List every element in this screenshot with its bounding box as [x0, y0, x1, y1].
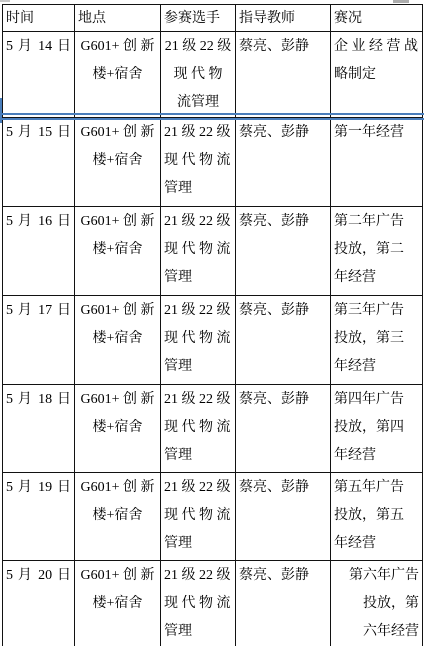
table-row: 5 月 14 日 G601+ 创 新 楼+宿舍 21 级 22 级 现 代 物 …	[3, 32, 423, 118]
header-cell-teachers: 指导教师	[236, 5, 331, 32]
document-page: 时间 地点 参赛选手 指导教师 赛况 5 月 14 日 G601+ 创 新 楼+…	[0, 0, 424, 646]
cell-status: 第五年广告 投放，第五 年经营	[331, 473, 423, 561]
cell-status: 企 业 经 营 战 略制定	[331, 32, 423, 118]
cell-players: 21 级 22 级 现 代 物 流 管理	[161, 473, 236, 561]
cell-place: G601+ 创 新 楼+宿舍	[75, 118, 161, 207]
header-cell-status: 赛况	[331, 5, 423, 32]
schedule-table: 时间 地点 参赛选手 指导教师 赛况 5 月 14 日 G601+ 创 新 楼+…	[2, 4, 423, 646]
cell-players: 21 级 22 级 现 代 物 流 管理	[161, 296, 236, 385]
table-row: 5 月 17 日 G601+ 创 新 楼+宿舍 21 级 22 级 现 代 物 …	[3, 296, 423, 385]
cell-place: G601+ 创 新 楼+宿舍	[75, 473, 161, 561]
table-row: 5 月 19 日 G601+ 创 新 楼+宿舍 21 级 22 级 现 代 物 …	[3, 473, 423, 561]
header-cell-place: 地点	[75, 5, 161, 32]
cell-time: 5 月 19 日	[3, 473, 75, 561]
cell-teachers: 蔡亮、彭静	[236, 561, 331, 646]
cell-status: 第二年广告 投放，第二 年经营	[331, 207, 423, 296]
cell-place: G601+ 创 新 楼+宿舍	[75, 561, 161, 646]
cell-time: 5 月 15 日	[3, 118, 75, 207]
cell-teachers: 蔡亮、彭静	[236, 207, 331, 296]
cell-teachers: 蔡亮、彭静	[236, 296, 331, 385]
cell-time: 5 月 18 日	[3, 385, 75, 473]
cell-players: 21 级 22 级 现 代 物 流 管理	[161, 385, 236, 473]
cell-place: G601+ 创 新 楼+宿舍	[75, 296, 161, 385]
cell-status: 第四年广告 投放，第四 年经营	[331, 385, 423, 473]
cell-players: 21 级 22 级 现 代 物 流 管理	[161, 207, 236, 296]
cell-time: 5 月 14 日	[3, 32, 75, 118]
cell-teachers: 蔡亮、彭静	[236, 32, 331, 118]
cell-place: G601+ 创 新 楼+宿舍	[75, 32, 161, 118]
top-edge-tick-right	[393, 0, 409, 3]
cell-status: 第三年广告 投放，第三 年经营	[331, 296, 423, 385]
cell-teachers: 蔡亮、彭静	[236, 385, 331, 473]
table-row: 5 月 18 日 G601+ 创 新 楼+宿舍 21 级 22 级 现 代 物 …	[3, 385, 423, 473]
cell-players: 21 级 22 级 现 代 物 流管理	[161, 32, 236, 118]
cell-teachers: 蔡亮、彭静	[236, 118, 331, 207]
header-cell-time: 时间	[3, 5, 75, 32]
table-row: 5 月 20 日 G601+ 创 新 楼+宿舍 21 级 22 级 现 代 物 …	[3, 561, 423, 646]
table-row: 5 月 15 日 G601+ 创 新 楼+宿舍 21 级 22 级 现 代 物 …	[3, 118, 423, 207]
cell-status: 第一年经营	[331, 118, 423, 207]
cell-players: 21 级 22 级 现 代 物 流 管理	[161, 561, 236, 646]
cell-time: 5 月 16 日	[3, 207, 75, 296]
cell-time: 5 月 17 日	[3, 296, 75, 385]
cell-teachers: 蔡亮、彭静	[236, 473, 331, 561]
cell-players: 21 级 22 级 现 代 物 流 管理	[161, 118, 236, 207]
cell-place: G601+ 创 新 楼+宿舍	[75, 207, 161, 296]
cell-place: G601+ 创 新 楼+宿舍	[75, 385, 161, 473]
cell-time: 5 月 20 日	[3, 561, 75, 646]
header-row: 时间 地点 参赛选手 指导教师 赛况	[3, 5, 423, 32]
table-row: 5 月 16 日 G601+ 创 新 楼+宿舍 21 级 22 级 现 代 物 …	[3, 207, 423, 296]
header-cell-players: 参赛选手	[161, 5, 236, 32]
cell-status: 第六年广告 投放，第 六年经营	[331, 561, 423, 646]
top-edge-tick-left	[0, 0, 10, 2]
page-break-indicator	[0, 113, 424, 120]
